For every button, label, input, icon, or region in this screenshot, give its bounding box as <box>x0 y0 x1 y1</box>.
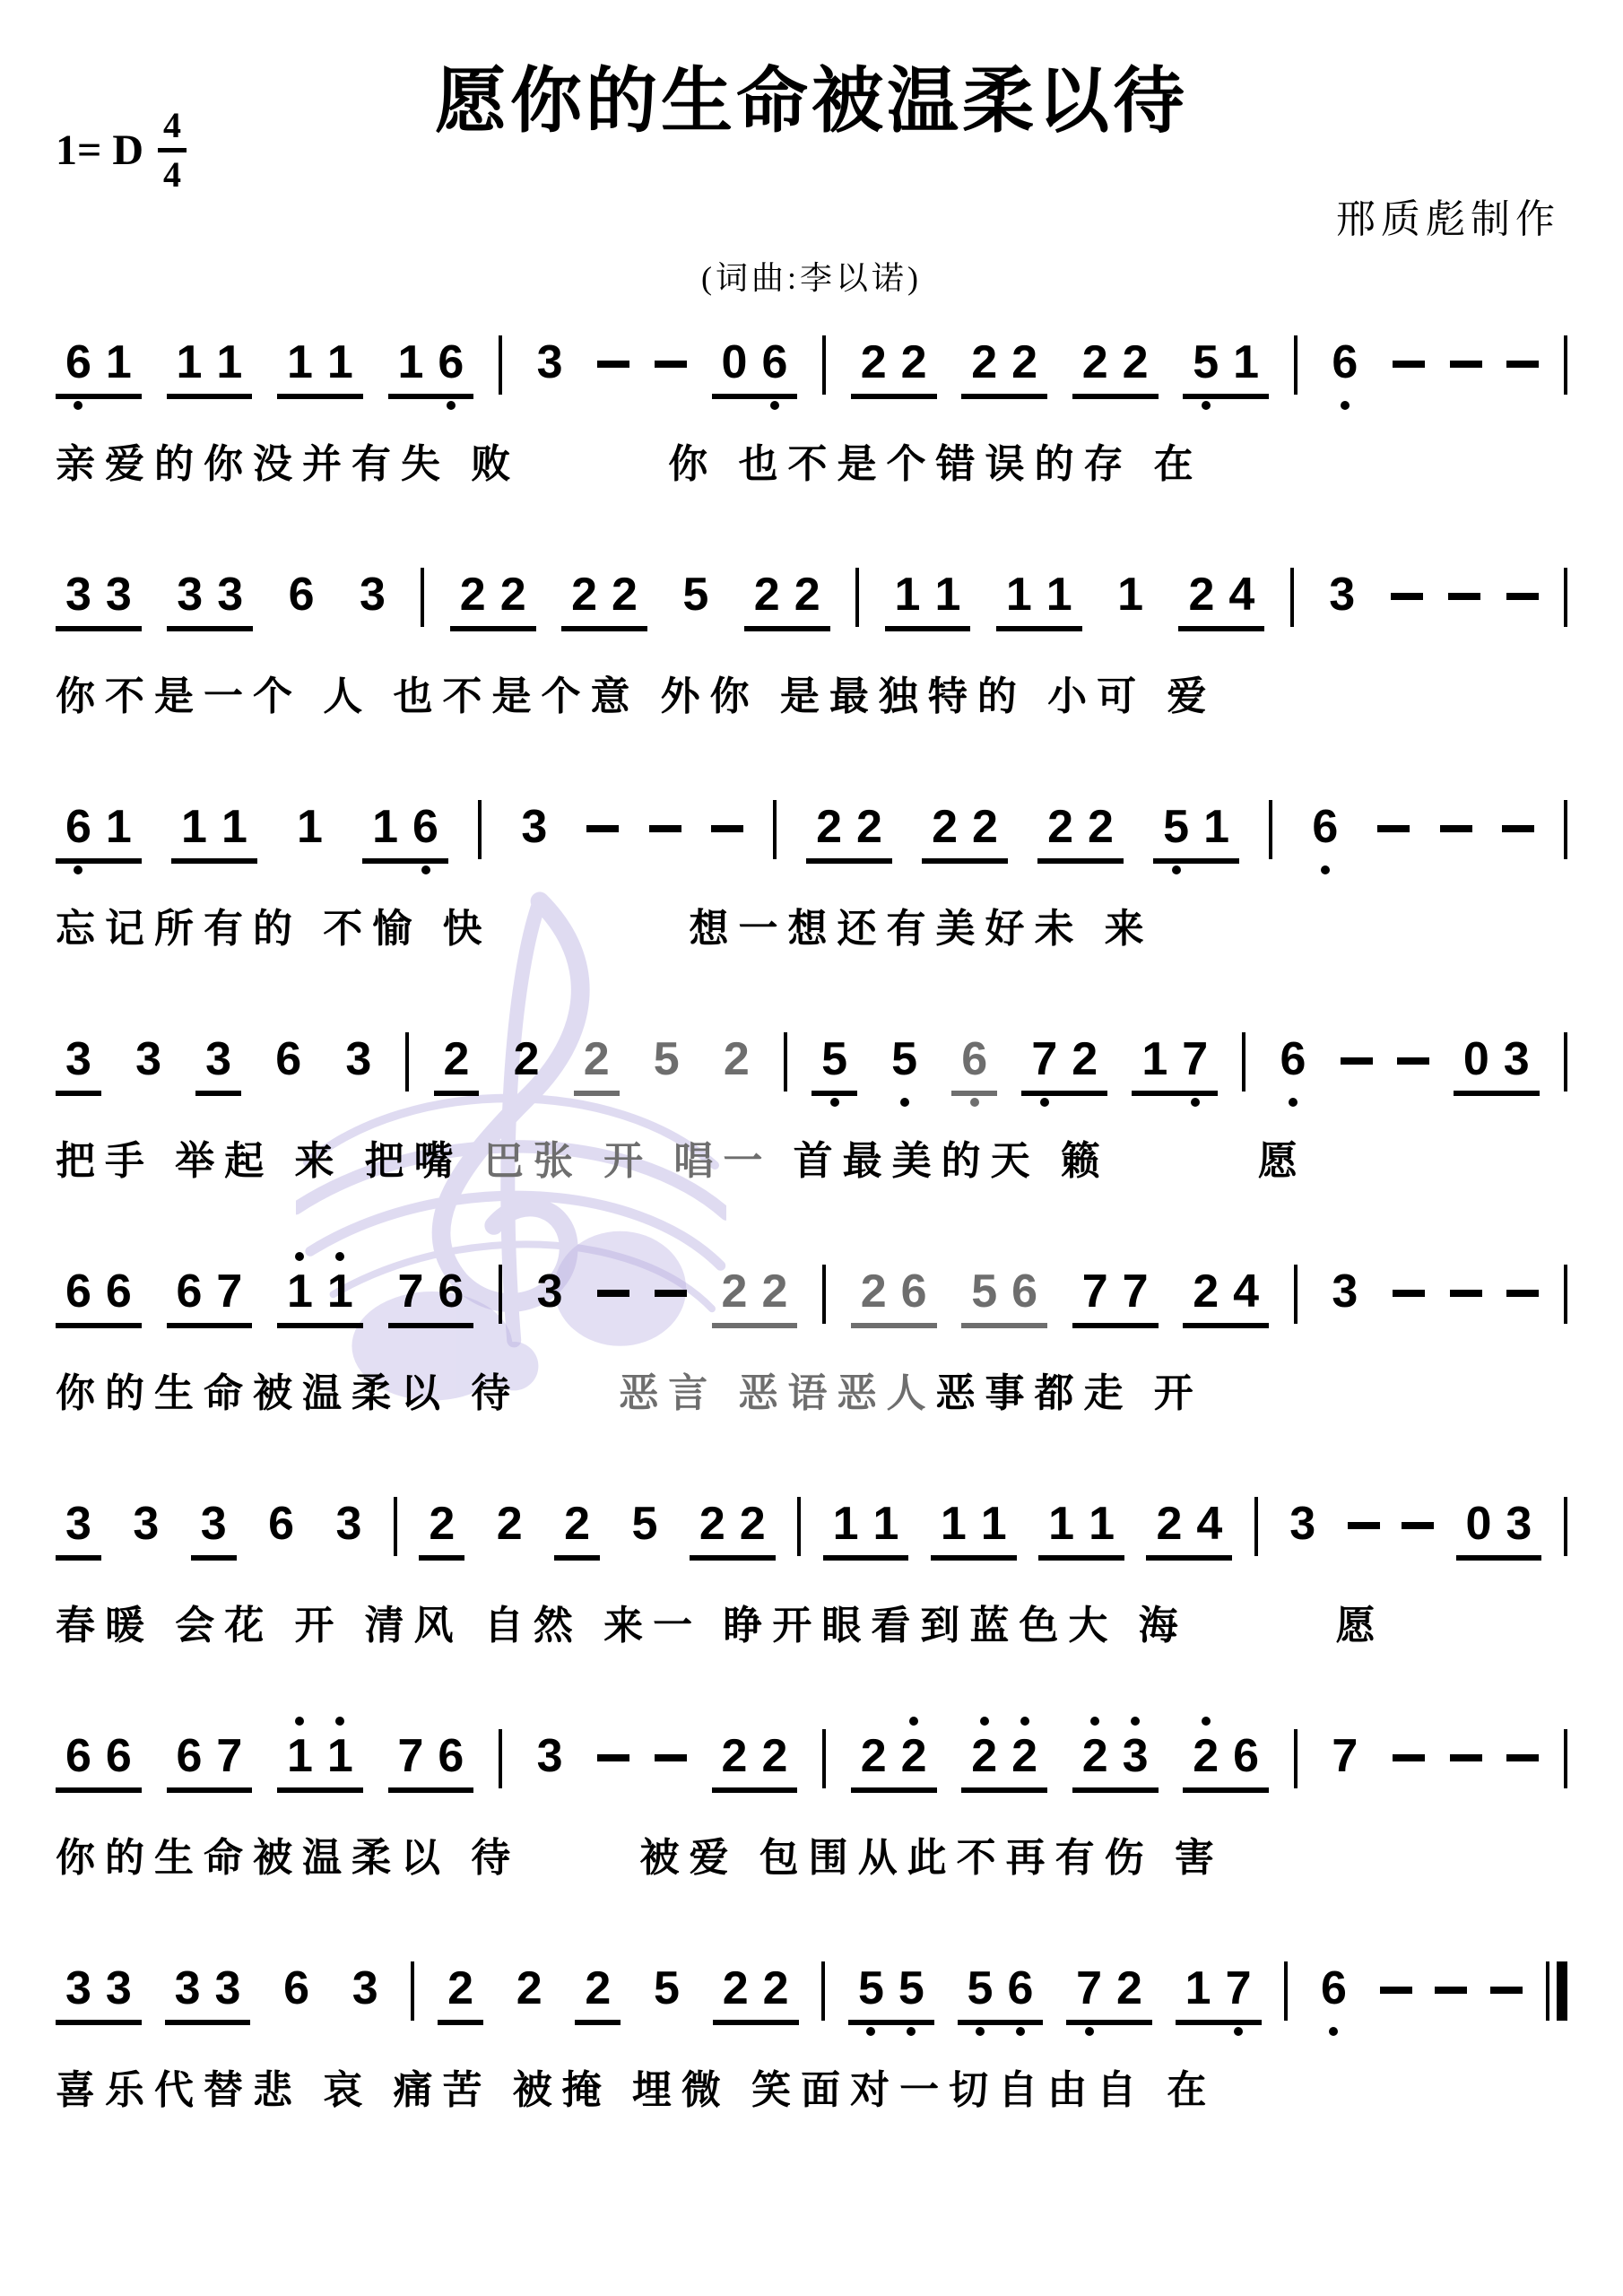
lyrics-row: 忘记所有的 不愉 快 想一想还有美好未 来 <box>56 904 1567 953</box>
sustain-dash <box>1393 1754 1425 1761</box>
note: 2 <box>437 1036 477 1083</box>
lyrics-row: 把手 举起 来 把嘴 巴张 开 唱一 首最美的天 籁 愿 <box>56 1136 1567 1186</box>
barline <box>1564 1265 1567 1324</box>
note: 2 <box>692 1500 733 1547</box>
lyrics-row: 你的生命被温柔以 待 被爱 包围从此不再有伤 害 <box>56 1833 1567 1883</box>
note-group: 6 <box>265 1036 311 1091</box>
note: 5 <box>814 1036 855 1083</box>
barline <box>1269 800 1272 859</box>
note: 5 <box>647 1965 687 2012</box>
note-group: 3 <box>511 804 557 858</box>
note: 3 <box>58 1036 99 1083</box>
note-group: 6 <box>1322 339 1367 394</box>
sustain-dash <box>1506 593 1539 600</box>
notes-row: 61111163222222516 <box>56 804 1567 890</box>
note: 2 <box>577 1036 617 1083</box>
note-group: 2 <box>487 1500 533 1555</box>
note: 2 <box>756 1965 796 2012</box>
note: 1 <box>826 1500 866 1547</box>
sustain-dash <box>655 1290 687 1297</box>
note: 6 <box>276 1965 317 2012</box>
notes-row: 3336322252211111124303 <box>56 1500 1567 1587</box>
final-barline-thick <box>1557 1961 1567 2021</box>
sustain-dash <box>1502 825 1534 832</box>
sustain-dash <box>1380 1987 1412 1994</box>
note: 6 <box>58 1733 99 1779</box>
note-group: 17 <box>1176 1965 1262 2025</box>
sustain-dash <box>1402 1522 1434 1529</box>
barline <box>821 1961 825 2021</box>
note: 7 <box>1324 1733 1365 1779</box>
lyric-segment: 恶事都走 开 <box>935 1371 1202 1415</box>
note-group: 51 <box>1153 804 1239 864</box>
note-group: 22 <box>450 571 536 631</box>
note-group: 7 <box>1322 1733 1367 1787</box>
note: 3 <box>1115 1733 1156 1779</box>
final-barline <box>1546 1961 1567 2021</box>
barline <box>855 568 859 627</box>
note: 2 <box>854 1268 894 1315</box>
note: 3 <box>338 1036 378 1083</box>
note-group: 77 <box>1072 1268 1159 1328</box>
note: 2 <box>849 804 890 850</box>
note: 3 <box>1282 1500 1323 1547</box>
notes-row: 66671176322265677243 <box>56 1268 1567 1354</box>
barline <box>1564 800 1567 859</box>
note: 2 <box>421 1500 462 1547</box>
note-group: 51 <box>1183 339 1269 399</box>
note-group: 22 <box>712 1268 798 1328</box>
note: 2 <box>604 571 645 618</box>
note: 2 <box>924 804 965 850</box>
sustain-dash <box>597 1754 629 1761</box>
barline <box>822 335 826 395</box>
note: 7 <box>209 1268 249 1315</box>
note-group: 6 <box>279 571 325 626</box>
sustain-dash <box>597 1290 629 1297</box>
note: 0 <box>1456 1036 1497 1083</box>
note: 2 <box>1181 571 1221 618</box>
note-group: 11 <box>885 571 971 631</box>
note: 2 <box>854 1733 894 1779</box>
note-group: 2 <box>438 1965 483 2025</box>
note: 5 <box>884 1036 924 1083</box>
note-group: 26 <box>1183 1733 1269 1793</box>
note-group: 6 <box>1311 1965 1357 2020</box>
note: 3 <box>1322 571 1362 618</box>
score-line: 333363222522555672176喜乐代替悲 哀 痛苦 被掩 埋微 笑面… <box>56 1965 1567 2115</box>
note: 6 <box>954 1036 994 1083</box>
note: 2 <box>754 1733 794 1779</box>
note: 2 <box>964 1733 1004 1779</box>
barline <box>1564 335 1567 395</box>
notes-row: 33363222525567217603 <box>56 1036 1567 1122</box>
note-group: 5 <box>644 1036 690 1091</box>
note: 2 <box>507 1036 547 1083</box>
note: 2 <box>809 804 849 850</box>
sustain-dash <box>1450 361 1482 368</box>
note: 1 <box>866 1500 907 1547</box>
note: 6 <box>894 1268 934 1315</box>
note-group: 11 <box>171 804 257 864</box>
barline <box>1254 1497 1258 1556</box>
barline <box>1242 1032 1245 1091</box>
note: 6 <box>169 1733 210 1779</box>
note: 3 <box>169 571 210 618</box>
note: 6 <box>430 339 471 386</box>
song-title: 愿你的生命被温柔以待 <box>0 43 1623 146</box>
note: 2 <box>754 1268 794 1315</box>
note: 7 <box>209 1733 249 1779</box>
note: 2 <box>577 1965 618 2012</box>
note: 6 <box>1004 1268 1045 1315</box>
note: 2 <box>1075 339 1115 386</box>
note: 2 <box>1075 1733 1115 1779</box>
note: 2 <box>1185 1268 1226 1315</box>
note: 3 <box>58 1500 99 1547</box>
barline <box>1294 335 1298 395</box>
note-group: 2 <box>419 1500 464 1561</box>
barline <box>1294 1729 1298 1788</box>
note: 2 <box>490 1500 530 1547</box>
note-group: 17 <box>1132 1036 1218 1096</box>
sustain-dash <box>655 1754 687 1761</box>
barline <box>1564 1497 1567 1556</box>
note-group: 22 <box>961 339 1047 399</box>
note-group: 5 <box>621 1500 667 1555</box>
score: 61111116306222222516亲爱的你没并有失 败 你 也不是个错误的… <box>56 339 1567 2197</box>
note-group: 11 <box>996 571 1082 631</box>
note: 7 <box>1075 1268 1115 1315</box>
barline <box>1294 1265 1298 1324</box>
note: 3 <box>99 571 139 618</box>
key-signature: 1= D 4 4 <box>56 108 187 193</box>
note: 1 <box>999 571 1039 618</box>
lyric-segment: 喜乐代替悲 哀 痛苦 被掩 埋微 笑面对一切自由自 在 <box>56 2068 1216 2112</box>
barline <box>394 1497 397 1556</box>
note: 1 <box>1196 804 1237 850</box>
note: 1 <box>174 804 214 850</box>
note-group: 22 <box>1072 339 1159 399</box>
note-group: 11 <box>931 1500 1017 1561</box>
sustain-dash <box>1377 825 1410 832</box>
note-group: 24 <box>1183 1268 1269 1328</box>
note: 2 <box>894 339 934 386</box>
sustain-dash <box>1348 1522 1380 1529</box>
note: 7 <box>1024 1036 1064 1083</box>
note: 3 <box>58 1965 99 2012</box>
note: 1 <box>974 1500 1014 1547</box>
sustain-dash <box>1391 593 1423 600</box>
lyric-segment: 春暖 会花 开 清风 自然 来一 睁开眼看到蓝色大 海 愿 <box>56 1604 1385 1648</box>
sustain-dash <box>1448 593 1480 600</box>
note-group: 22 <box>690 1500 776 1561</box>
note: 1 <box>391 339 431 386</box>
sheet-page: 愿你的生命被温柔以待 1= D 4 4 邢质彪制作 (词曲:李以诺) 61111… <box>0 0 1623 2296</box>
note: 6 <box>430 1733 471 1779</box>
time-numerator: 4 <box>158 108 187 152</box>
note: 5 <box>675 571 716 618</box>
note-group: 22 <box>961 1733 1047 1793</box>
note: 4 <box>1189 1500 1229 1547</box>
note: 6 <box>430 1268 471 1315</box>
barline <box>421 568 424 627</box>
note: 6 <box>99 1733 139 1779</box>
note: 2 <box>1109 1965 1150 2012</box>
note: 1 <box>933 1500 974 1547</box>
lyric-segment: 首最美的天 籁 愿 <box>794 1139 1307 1183</box>
lyric-segment: 你的生命被温柔以 待 被爱 包围从此不再有伤 害 <box>56 1836 1224 1880</box>
note-group: 6 <box>273 1965 319 2020</box>
sustain-dash <box>1341 1057 1373 1065</box>
barline <box>478 800 482 859</box>
note: 2 <box>716 1036 757 1083</box>
note: 2 <box>733 1500 773 1547</box>
composer-subtitle: (词曲:李以诺) <box>0 253 1623 299</box>
note-group: 5 <box>673 571 718 626</box>
note: 2 <box>440 1965 481 2012</box>
barline <box>784 1032 787 1091</box>
notes-row: 66671176322222223267 <box>56 1733 1567 1819</box>
note: 2 <box>1185 1733 1226 1779</box>
note: 3 <box>99 1965 139 2012</box>
note-group: 16 <box>388 339 474 399</box>
note-group: 56 <box>961 1268 1047 1328</box>
note-group: 3 <box>1280 1500 1325 1555</box>
note: 6 <box>261 1500 301 1547</box>
barline <box>411 1961 414 2021</box>
sustain-dash <box>649 825 681 832</box>
note-group: 6 <box>951 1036 997 1096</box>
sustain-dash <box>597 361 629 368</box>
note-group: 03 <box>1454 1036 1540 1096</box>
lyric-segment: 巴张 开 唱一 <box>484 1139 794 1183</box>
note-group: 3 <box>1322 1268 1367 1323</box>
note-group: 3 <box>527 1733 573 1787</box>
note-group: 1 <box>287 804 333 858</box>
note: 3 <box>210 571 250 618</box>
note: 6 <box>99 1268 139 1315</box>
note: 1 <box>1226 339 1266 386</box>
sustain-dash <box>1393 1290 1425 1297</box>
note: 5 <box>647 1036 687 1083</box>
note: 1 <box>1110 571 1150 618</box>
note: 6 <box>1272 1036 1313 1083</box>
note: 2 <box>557 1500 597 1547</box>
note: 1 <box>280 1268 320 1315</box>
barline <box>1284 1961 1288 2021</box>
note-group: 3 <box>335 1036 381 1091</box>
score-line: 3336322252211111124303春暖 会花 开 清风 自然 来一 睁… <box>56 1500 1567 1650</box>
note: 5 <box>624 1500 664 1547</box>
note-group: 3 <box>56 1036 101 1096</box>
note-group: 22 <box>712 1733 798 1793</box>
note: 2 <box>1081 804 1121 850</box>
note-group: 22 <box>851 1733 937 1793</box>
note: 3 <box>345 1965 386 2012</box>
lyrics-row: 春暖 会花 开 清风 自然 来一 睁开眼看到蓝色大 海 愿 <box>56 1601 1567 1650</box>
note-group: 67 <box>167 1733 253 1793</box>
lyric-segment: 把手 举起 来 把嘴 <box>56 1139 484 1183</box>
sustain-dash <box>1397 1057 1429 1065</box>
note-group: 3 <box>56 1500 101 1561</box>
barline <box>1290 568 1294 627</box>
barline <box>797 1497 801 1556</box>
notes-row: 61111116306222222516 <box>56 339 1567 425</box>
note: 1 <box>927 571 968 618</box>
note: 3 <box>530 1268 570 1315</box>
note: 1 <box>1041 1500 1081 1547</box>
sustain-dash <box>655 361 687 368</box>
sustain-dash <box>1450 1754 1482 1761</box>
note-group: 22 <box>922 804 1008 864</box>
lyric-segment: 你不是一个 人 也不是个意 外你 是最独特的 小可 爱 <box>56 674 1216 718</box>
note: 7 <box>391 1268 431 1315</box>
note-group: 3 <box>195 1036 241 1096</box>
note: 2 <box>854 339 894 386</box>
barline <box>822 1729 826 1788</box>
note: 6 <box>754 339 794 386</box>
note: 2 <box>493 571 534 618</box>
note: 1 <box>365 804 405 850</box>
note: 2 <box>715 1268 755 1315</box>
note-group: 11 <box>277 1268 363 1328</box>
note-group: 11 <box>167 339 253 399</box>
note: 3 <box>514 804 554 850</box>
note-group: 16 <box>362 804 448 864</box>
notes-row: 333363222522555672176 <box>56 1965 1567 2051</box>
note-group: 2 <box>507 1965 552 2020</box>
lyrics-row: 你的生命被温柔以 待 恶言 恶语恶人恶事都走 开 <box>56 1369 1567 1418</box>
note: 3 <box>194 1500 234 1547</box>
note: 3 <box>207 1965 247 2012</box>
lyrics-row: 喜乐代替悲 哀 痛苦 被掩 埋微 笑面对一切自由自 在 <box>56 2066 1567 2115</box>
note-group: 22 <box>851 339 937 399</box>
note: 7 <box>391 1733 431 1779</box>
note: 6 <box>58 804 99 850</box>
note-group: 24 <box>1146 1500 1232 1561</box>
note: 1 <box>320 339 360 386</box>
note: 6 <box>405 804 446 850</box>
note: 2 <box>564 571 604 618</box>
barline <box>1564 1032 1567 1091</box>
barline <box>1564 1729 1567 1788</box>
note: 3 <box>168 1965 208 2012</box>
note-group: 3 <box>527 1268 573 1323</box>
note-group: 2 <box>574 1036 620 1096</box>
note: 1 <box>1178 1965 1219 2012</box>
note: 5 <box>964 1268 1004 1315</box>
note-group: 33 <box>56 1965 142 2025</box>
note-group: 03 <box>1456 1500 1542 1561</box>
note: 6 <box>1314 1965 1354 2012</box>
lyrics-row: 你不是一个 人 也不是个意 外你 是最独特的 小可 爱 <box>56 672 1567 721</box>
note: 1 <box>320 1268 360 1315</box>
note: 7 <box>1069 1965 1109 2012</box>
note: 0 <box>715 339 755 386</box>
note: 6 <box>58 1268 99 1315</box>
note-group: 6 <box>1302 804 1348 858</box>
note: 6 <box>58 339 99 386</box>
note-group: 11 <box>277 1733 363 1793</box>
note: 1 <box>1039 571 1080 618</box>
note: 6 <box>268 1036 308 1083</box>
note-group: 22 <box>561 571 647 631</box>
note-group: 3 <box>191 1500 237 1561</box>
note: 7 <box>1175 1036 1215 1083</box>
note-group: 06 <box>712 339 798 399</box>
lyric-segment: 亲爱的你没并有失 败 你 也不是个错误的存 在 <box>56 442 1203 486</box>
note-group: 22 <box>1037 804 1124 864</box>
note-group: 66 <box>56 1733 142 1793</box>
note: 3 <box>1324 1268 1365 1315</box>
note: 5 <box>960 1965 1001 2012</box>
note-group: 24 <box>1178 571 1264 631</box>
note-group: 72 <box>1021 1036 1107 1096</box>
lyric-segment: 你的生命被温柔以 待 <box>56 1371 619 1415</box>
note: 6 <box>282 571 322 618</box>
note: 2 <box>1115 339 1156 386</box>
arranger-credit: 邢质彪制作 <box>1336 187 1560 244</box>
note-group: 3 <box>326 1500 372 1555</box>
note: 1 <box>99 804 139 850</box>
note: 5 <box>1185 339 1226 386</box>
note-group: 22 <box>713 1965 799 2025</box>
score-line: 333363222252211111243你不是一个 人 也不是个意 外你 是最… <box>56 571 1567 721</box>
note: 1 <box>99 339 139 386</box>
note-group: 55 <box>848 1965 934 2025</box>
barline <box>499 1729 502 1788</box>
sustain-dash <box>1440 825 1472 832</box>
note: 6 <box>1305 804 1345 850</box>
time-signature: 4 4 <box>158 108 187 193</box>
sustain-dash <box>1506 1290 1539 1297</box>
note-group: 2 <box>554 1500 600 1561</box>
note-group: 3 <box>527 339 573 394</box>
sustain-dash <box>1506 361 1539 368</box>
note: 2 <box>509 1965 550 2012</box>
note: 3 <box>198 1036 239 1083</box>
time-denominator: 4 <box>163 152 181 193</box>
score-line: 66671176322222223267你的生命被温柔以 待 被爱 包围从此不再… <box>56 1733 1567 1883</box>
note-group: 3 <box>350 571 395 626</box>
note: 2 <box>1004 1733 1045 1779</box>
sustain-dash <box>1450 1290 1482 1297</box>
note: 2 <box>1064 1036 1105 1083</box>
key-label: 1= D <box>56 126 143 175</box>
sustain-dash <box>1490 1987 1523 1994</box>
score-line: 61111116306222222516亲爱的你没并有失 败 你 也不是个错误的… <box>56 339 1567 489</box>
note: 3 <box>329 1500 369 1547</box>
note-group: 22 <box>806 804 892 864</box>
note: 4 <box>1221 571 1262 618</box>
note: 1 <box>280 1733 320 1779</box>
barline <box>405 1032 409 1091</box>
sustain-dash <box>1393 361 1425 368</box>
note: 4 <box>1226 1268 1266 1315</box>
note: 1 <box>169 339 210 386</box>
note-group: 3 <box>126 1036 171 1091</box>
barline <box>499 335 502 395</box>
barline <box>822 1265 826 1324</box>
note: 6 <box>1324 339 1365 386</box>
note-group: 76 <box>388 1733 474 1793</box>
note-group: 61 <box>56 339 142 399</box>
sustain-dash <box>1506 1754 1539 1761</box>
note-group: 6 <box>1270 1036 1315 1091</box>
note: 3 <box>1498 1500 1539 1547</box>
notes-row: 333363222252211111243 <box>56 571 1567 657</box>
